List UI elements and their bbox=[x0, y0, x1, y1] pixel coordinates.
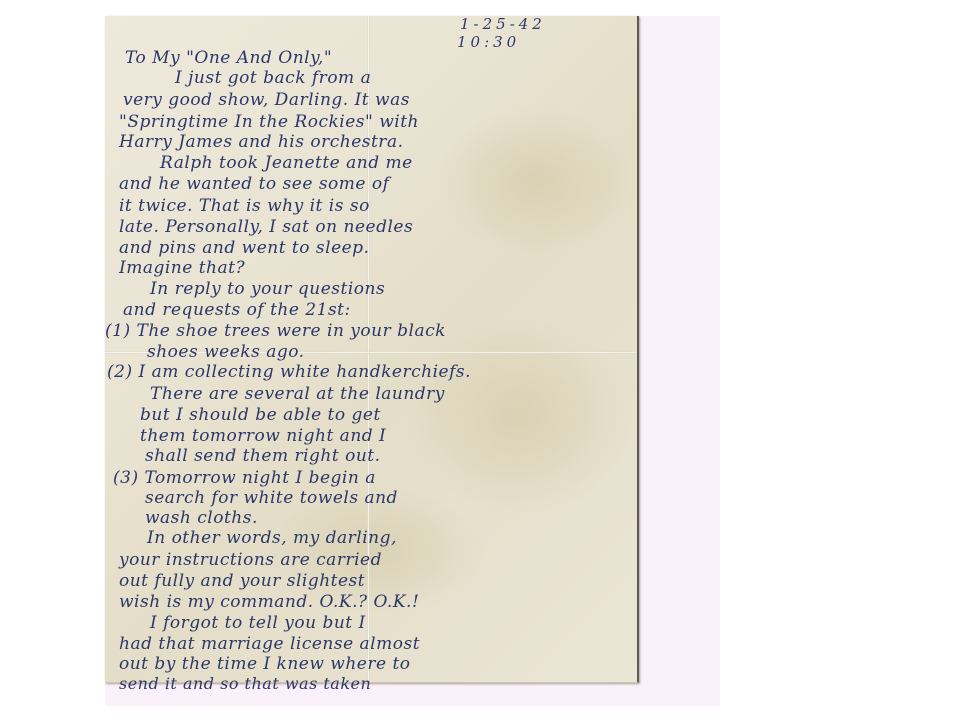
letter-line: In other words, my darling, bbox=[147, 528, 397, 548]
letter-line: In reply to your questions bbox=[150, 279, 385, 299]
letter-line: (3) Tomorrow night I begin a bbox=[113, 468, 376, 488]
letter-line: it twice. That is why it is so bbox=[119, 196, 370, 216]
salutation: To My "One And Only," bbox=[125, 48, 332, 68]
letter-line: them tomorrow night and I bbox=[140, 426, 386, 446]
letter-line: out by the time I knew where to bbox=[119, 654, 411, 674]
letter-line: very good show, Darling. It was bbox=[123, 90, 410, 110]
letter-line: (2) I am collecting white handkerchiefs. bbox=[107, 362, 471, 382]
letter-line: late. Personally, I sat on needles bbox=[119, 217, 413, 237]
letter-line: send it and so that was taken bbox=[119, 674, 371, 693]
letter-line: out fully and your slightest bbox=[119, 571, 365, 591]
letter-line: wash cloths. bbox=[145, 508, 258, 528]
letter-line: Imagine that? bbox=[119, 258, 245, 278]
letter-page: 1-25-42 10:30 To My "One And Only," I ju… bbox=[105, 16, 639, 683]
letter-date: 1-25-42 bbox=[460, 16, 546, 32]
letter-line: I forgot to tell you but I bbox=[150, 613, 366, 633]
letter-time: 10:30 bbox=[457, 34, 520, 50]
letter-line: (1) The shoe trees were in your black bbox=[105, 321, 446, 341]
paper-stain bbox=[435, 106, 635, 256]
letter-line: shoes weeks ago. bbox=[147, 342, 305, 362]
letter-line: and pins and went to sleep. bbox=[119, 238, 369, 258]
letter-line: wish is my command. O.K.? O.K.! bbox=[119, 592, 419, 612]
letter-line: Ralph took Jeanette and me bbox=[160, 153, 413, 173]
letter-line: search for white towels and bbox=[145, 488, 398, 508]
letter-line: There are several at the laundry bbox=[150, 384, 445, 404]
paper-stain bbox=[405, 316, 635, 516]
letter-line: Harry James and his orchestra. bbox=[119, 132, 403, 152]
letter-line: shall send them right out. bbox=[145, 446, 381, 466]
letter-line: but I should be able to get bbox=[140, 405, 381, 425]
letter-line: "Springtime In the Rockies" with bbox=[119, 112, 419, 132]
letter-line: your instructions are carried bbox=[119, 550, 382, 570]
letter-line: and he wanted to see some of bbox=[119, 174, 389, 194]
letter-line: and requests of the 21st: bbox=[123, 300, 351, 320]
letter-line: had that marriage license almost bbox=[119, 634, 420, 654]
letter-line: I just got back from a bbox=[175, 68, 371, 88]
